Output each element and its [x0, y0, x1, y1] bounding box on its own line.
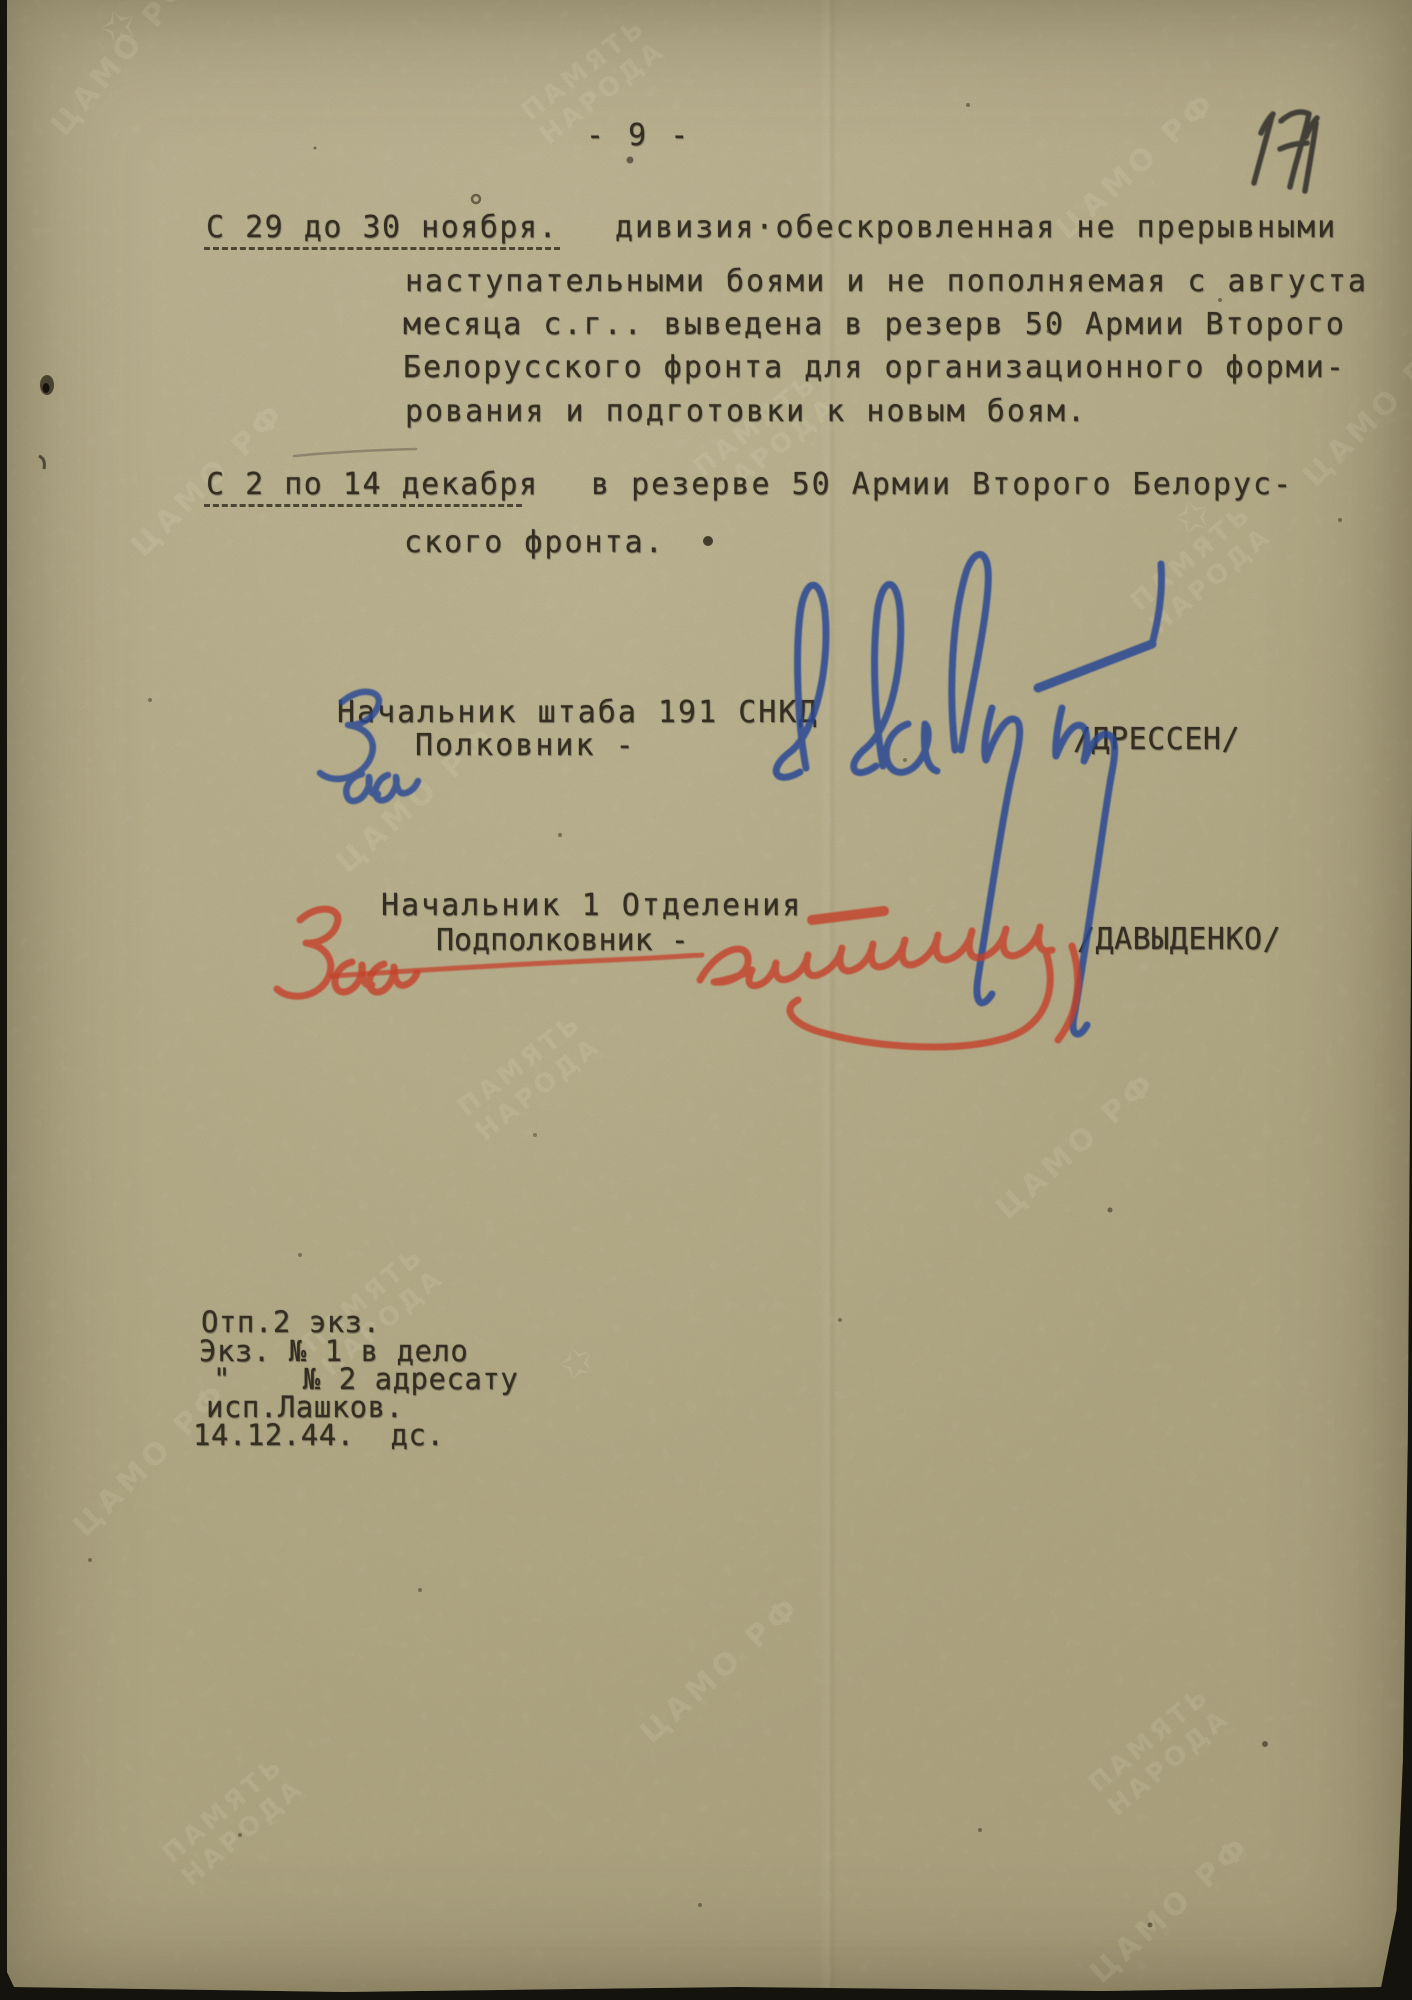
watermark-star-icon: ✩ — [94, 0, 144, 56]
entry-term: С 2 по 14 декабря — [206, 469, 539, 501]
paper-crease — [819, 0, 837, 2000]
entry-term: С 29 до 30 ноября. — [206, 212, 558, 244]
footer-date-line: 14.12.44. дс. — [193, 1420, 444, 1450]
entry-line: рования и подготовки к новым боям. — [405, 396, 1087, 428]
watermark-camo-rf: ЦАМО РФ — [1083, 1828, 1258, 1990]
entry-line: в резерве 50 Армии Второго Белорус- — [591, 469, 1293, 501]
watermark-pamyat-naroda: ПАМЯТЬ НАРОДА — [1083, 1681, 1236, 1823]
page-number: - 9 - — [586, 120, 691, 152]
signature-title: Начальник 1 Отделения — [381, 890, 802, 922]
signature-name: /ДАВЫДЕНКО/ — [1077, 924, 1281, 956]
paper-sheet: ЦАМО РФ ✩ ПАМЯТЬ НАРОДА ЦАМО РФ ЦАМО РФ … — [7, 0, 1412, 2000]
entry-line: наступательными боями и не пополняемая с… — [405, 266, 1368, 298]
watermark-star-icon: ✩ — [551, 1333, 602, 1392]
signature-title: Начальник штаба 191 СНКД — [337, 697, 818, 729]
watermark-camo-rf: ЦАМО РФ — [44, 0, 202, 143]
signature-name: /ДРЕССЕН/ — [1073, 724, 1240, 756]
entry-line: дивизия·обескровленная не прерывными — [615, 212, 1337, 244]
watermark-camo-rf: ЦАМО РФ — [989, 1064, 1164, 1226]
footer-copies-line: Отп.2 экз. — [201, 1307, 381, 1337]
entry-term-underline — [204, 504, 522, 507]
paper-grain-texture — [7, 0, 1412, 2000]
watermark-pamyat-naroda: ПАМЯТЬ НАРОДА — [452, 1008, 607, 1147]
entry-line: месяца с.г.. выведена в резерв 50 Армии … — [403, 309, 1346, 341]
signature-rank: Полковник - — [415, 730, 636, 762]
watermark-pamyat-naroda: ПАМЯТЬ НАРОДА — [157, 1751, 310, 1893]
entry-term-underline — [204, 247, 560, 250]
watermark-camo-rf: ЦАМО РФ — [633, 1588, 808, 1750]
watermark-pamyat-naroda: ПАМЯТЬ НАРОДА — [1125, 499, 1278, 641]
entry-line: ского фронта. — [404, 527, 665, 559]
entry-line: Белорусского фронта для организационного… — [403, 352, 1346, 384]
signature-rank: Подполковник - — [436, 925, 689, 957]
scanned-document: { "document": { "page_number": "- 9 -", … — [0, 0, 1412, 2000]
